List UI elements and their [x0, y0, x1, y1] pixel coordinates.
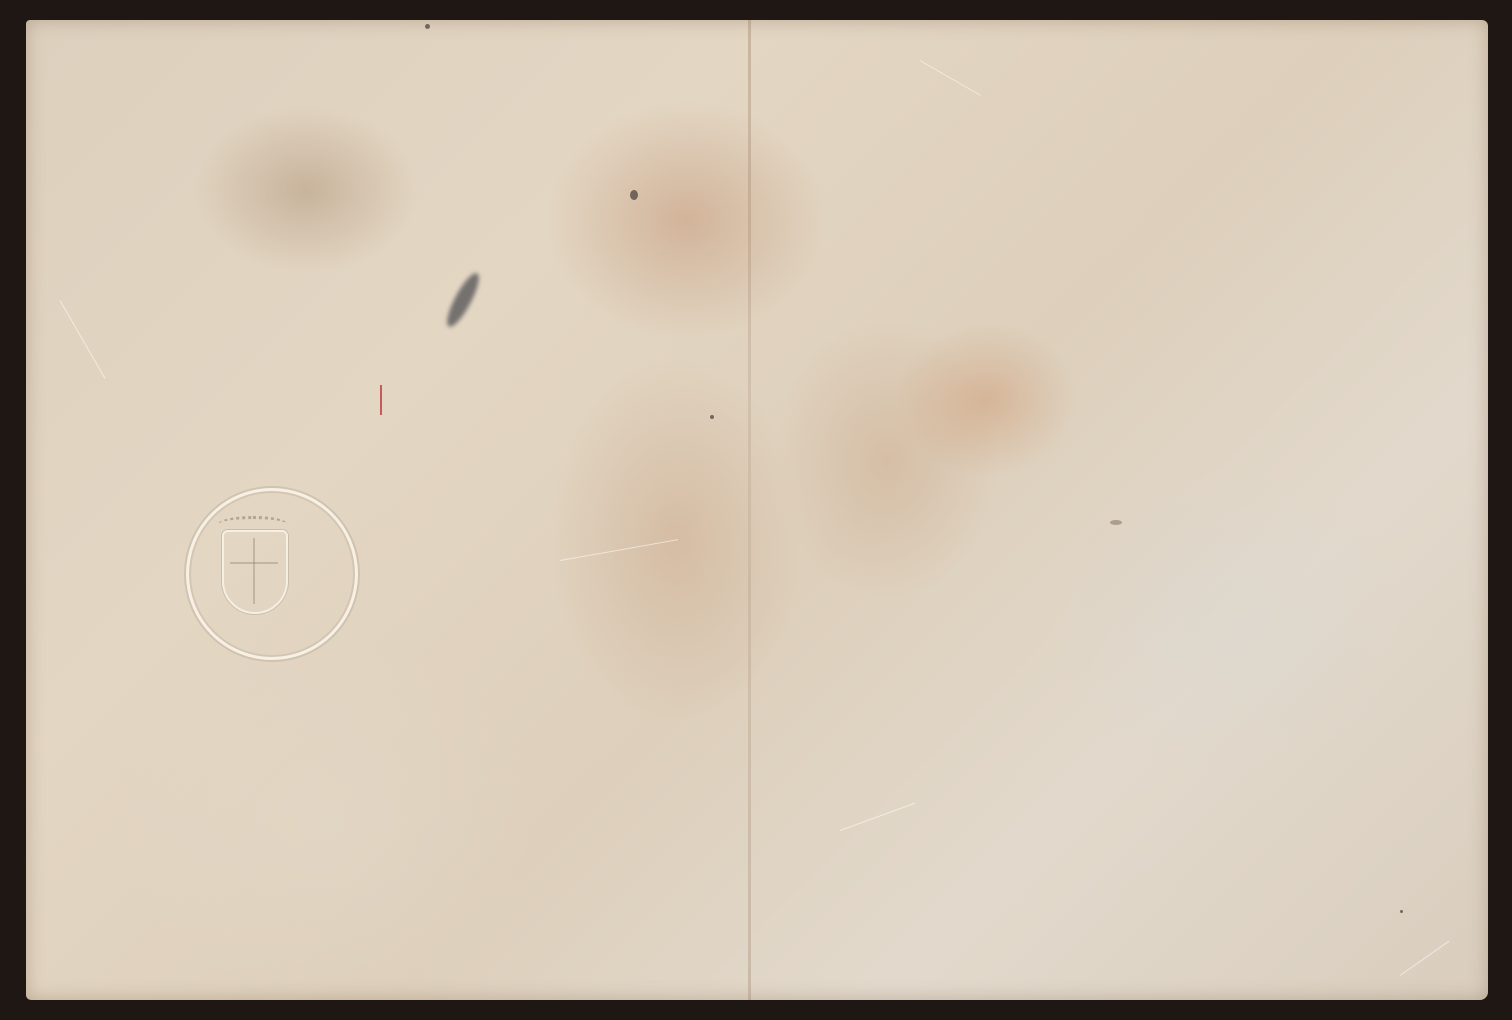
speck — [630, 190, 638, 200]
photo-stage — [0, 0, 1512, 1020]
red-pencil-mark — [380, 385, 382, 415]
coat-of-arms-shield-icon — [222, 530, 288, 614]
center-fold — [748, 20, 751, 1000]
speck — [1110, 520, 1122, 525]
speck — [710, 415, 714, 419]
speck — [1400, 910, 1403, 913]
speck — [425, 24, 430, 29]
